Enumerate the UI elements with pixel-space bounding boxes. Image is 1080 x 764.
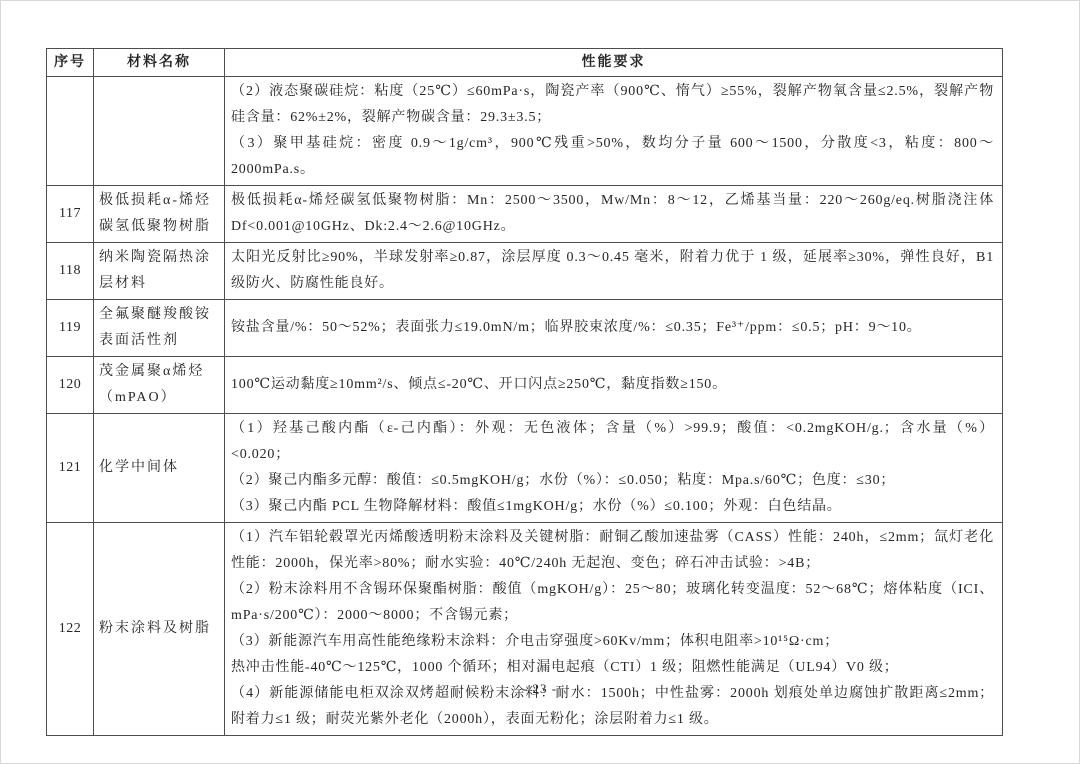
table-row: 122粉末涂料及树脂（1）汽车铝轮毂罩光丙烯酸透明粉末涂料及关键树脂：耐铜乙酸加… (47, 523, 1003, 736)
material-name-cell: 茂金属聚α烯烃（mPAO） (94, 357, 225, 414)
requirement-line: 铵盐含量/%：50～52%；表面张力≤19.0mN/m；临界胶束浓度/%：≤0.… (231, 315, 994, 341)
serial-cell: 122 (47, 523, 94, 736)
table-row: 121化学中间体（1）羟基己酸内酯（ε-己内酯）：外观：无色液体；含量（%）>9… (47, 414, 1003, 523)
serial-cell (47, 77, 94, 186)
serial-cell: 121 (47, 414, 94, 523)
requirement-line: 100℃运动黏度≥10mm²/s、倾点≤-20℃、开口闪点≥250℃，黏度指数≥… (231, 372, 994, 398)
table-header: 序号 材料名称 性能要求 (47, 49, 1003, 77)
table-row: 117极低损耗α-烯烃碳氢低聚物树脂极低损耗α-烯烃碳氢低聚物树脂：Mn：250… (47, 186, 1003, 243)
header-serial: 序号 (47, 49, 94, 77)
requirements-cell: 极低损耗α-烯烃碳氢低聚物树脂：Mn：2500～3500，Mw/Mn：8～12，… (225, 186, 1003, 243)
materials-spec-table: 序号 材料名称 性能要求 （2）液态聚碳硅烷：粘度（25℃）≤60mPa·s，陶… (46, 48, 1003, 736)
requirement-line: （1）羟基己酸内酯（ε-己内酯）：外观：无色液体；含量（%）>99.9；酸值：<… (231, 416, 994, 468)
header-material-name: 材料名称 (94, 49, 225, 77)
document-page: 序号 材料名称 性能要求 （2）液态聚碳硅烷：粘度（25℃）≤60mPa·s，陶… (0, 0, 1080, 764)
requirement-line: 热冲击性能-40℃～125℃，1000 个循环；相对漏电起痕（CTI）1 级；阻… (231, 655, 994, 681)
serial-cell: 117 (47, 186, 94, 243)
requirement-line: （2）液态聚碳硅烷：粘度（25℃）≤60mPa·s，陶瓷产率（900℃、惰气）≥… (231, 79, 994, 131)
table-row: （2）液态聚碳硅烷：粘度（25℃）≤60mPa·s，陶瓷产率（900℃、惰气）≥… (47, 77, 1003, 186)
requirement-line: 极低损耗α-烯烃碳氢低聚物树脂：Mn：2500～3500，Mw/Mn：8～12，… (231, 188, 994, 240)
material-name-cell: 全氟聚醚羧酸铵表面活性剂 (94, 300, 225, 357)
table-row: 120茂金属聚α烯烃（mPAO）100℃运动黏度≥10mm²/s、倾点≤-20℃… (47, 357, 1003, 414)
requirement-line: （2）粉末涂料用不含锡环保聚酯树脂：酸值（mgKOH/g）：25～80；玻璃化转… (231, 577, 994, 629)
requirements-cell: 太阳光反射比≥90%，半球发射率≥0.87，涂层厚度 0.3～0.45 毫米，附… (225, 243, 1003, 300)
table-body: （2）液态聚碳硅烷：粘度（25℃）≤60mPa·s，陶瓷产率（900℃、惰气）≥… (47, 77, 1003, 736)
header-row: 序号 材料名称 性能要求 (47, 49, 1003, 77)
requirement-line: （3）聚甲基硅烷：密度 0.9～1g/cm³，900℃残重>50%，数均分子量 … (231, 131, 994, 183)
material-name-cell: 纳米陶瓷隔热涂层材料 (94, 243, 225, 300)
material-name-cell: 化学中间体 (94, 414, 225, 523)
table-row: 119全氟聚醚羧酸铵表面活性剂铵盐含量/%：50～52%；表面张力≤19.0mN… (47, 300, 1003, 357)
requirement-line: 太阳光反射比≥90%，半球发射率≥0.87，涂层厚度 0.3～0.45 毫米，附… (231, 245, 994, 297)
serial-cell: 120 (47, 357, 94, 414)
material-name-cell: 极低损耗α-烯烃碳氢低聚物树脂 (94, 186, 225, 243)
header-performance-requirements: 性能要求 (225, 49, 1003, 77)
table-row: 118纳米陶瓷隔热涂层材料太阳光反射比≥90%，半球发射率≥0.87，涂层厚度 … (47, 243, 1003, 300)
requirement-line: （3）聚己内酯 PCL 生物降解材料：酸值≤1mgKOH/g；水份（%）≤0.1… (231, 494, 994, 520)
requirement-line: （3）新能源汽车用高性能绝缘粉末涂料：介电击穿强度>60Kv/mm；体积电阻率>… (231, 629, 994, 655)
requirements-cell: 铵盐含量/%：50～52%；表面张力≤19.0mN/m；临界胶束浓度/%：≤0.… (225, 300, 1003, 357)
requirements-cell: （1）汽车铝轮毂罩光丙烯酸透明粉末涂料及关键树脂：耐铜乙酸加速盐雾（CASS）性… (225, 523, 1003, 736)
serial-cell: 118 (47, 243, 94, 300)
requirement-line: （2）聚己内酯多元醇：酸值：≤0.5mgKOH/g；水份（%）：≤0.050；粘… (231, 468, 994, 494)
requirements-cell: （2）液态聚碳硅烷：粘度（25℃）≤60mPa·s，陶瓷产率（900℃、惰气）≥… (225, 77, 1003, 186)
requirement-line: （1）汽车铝轮毂罩光丙烯酸透明粉末涂料及关键树脂：耐铜乙酸加速盐雾（CASS）性… (231, 525, 994, 577)
serial-cell: 119 (47, 300, 94, 357)
material-name-cell: 粉末涂料及树脂 (94, 523, 225, 736)
requirements-cell: （1）羟基己酸内酯（ε-己内酯）：外观：无色液体；含量（%）>99.9；酸值：<… (225, 414, 1003, 523)
page-number: - 23 - (1, 681, 1079, 697)
material-name-cell (94, 77, 225, 186)
requirements-cell: 100℃运动黏度≥10mm²/s、倾点≤-20℃、开口闪点≥250℃，黏度指数≥… (225, 357, 1003, 414)
